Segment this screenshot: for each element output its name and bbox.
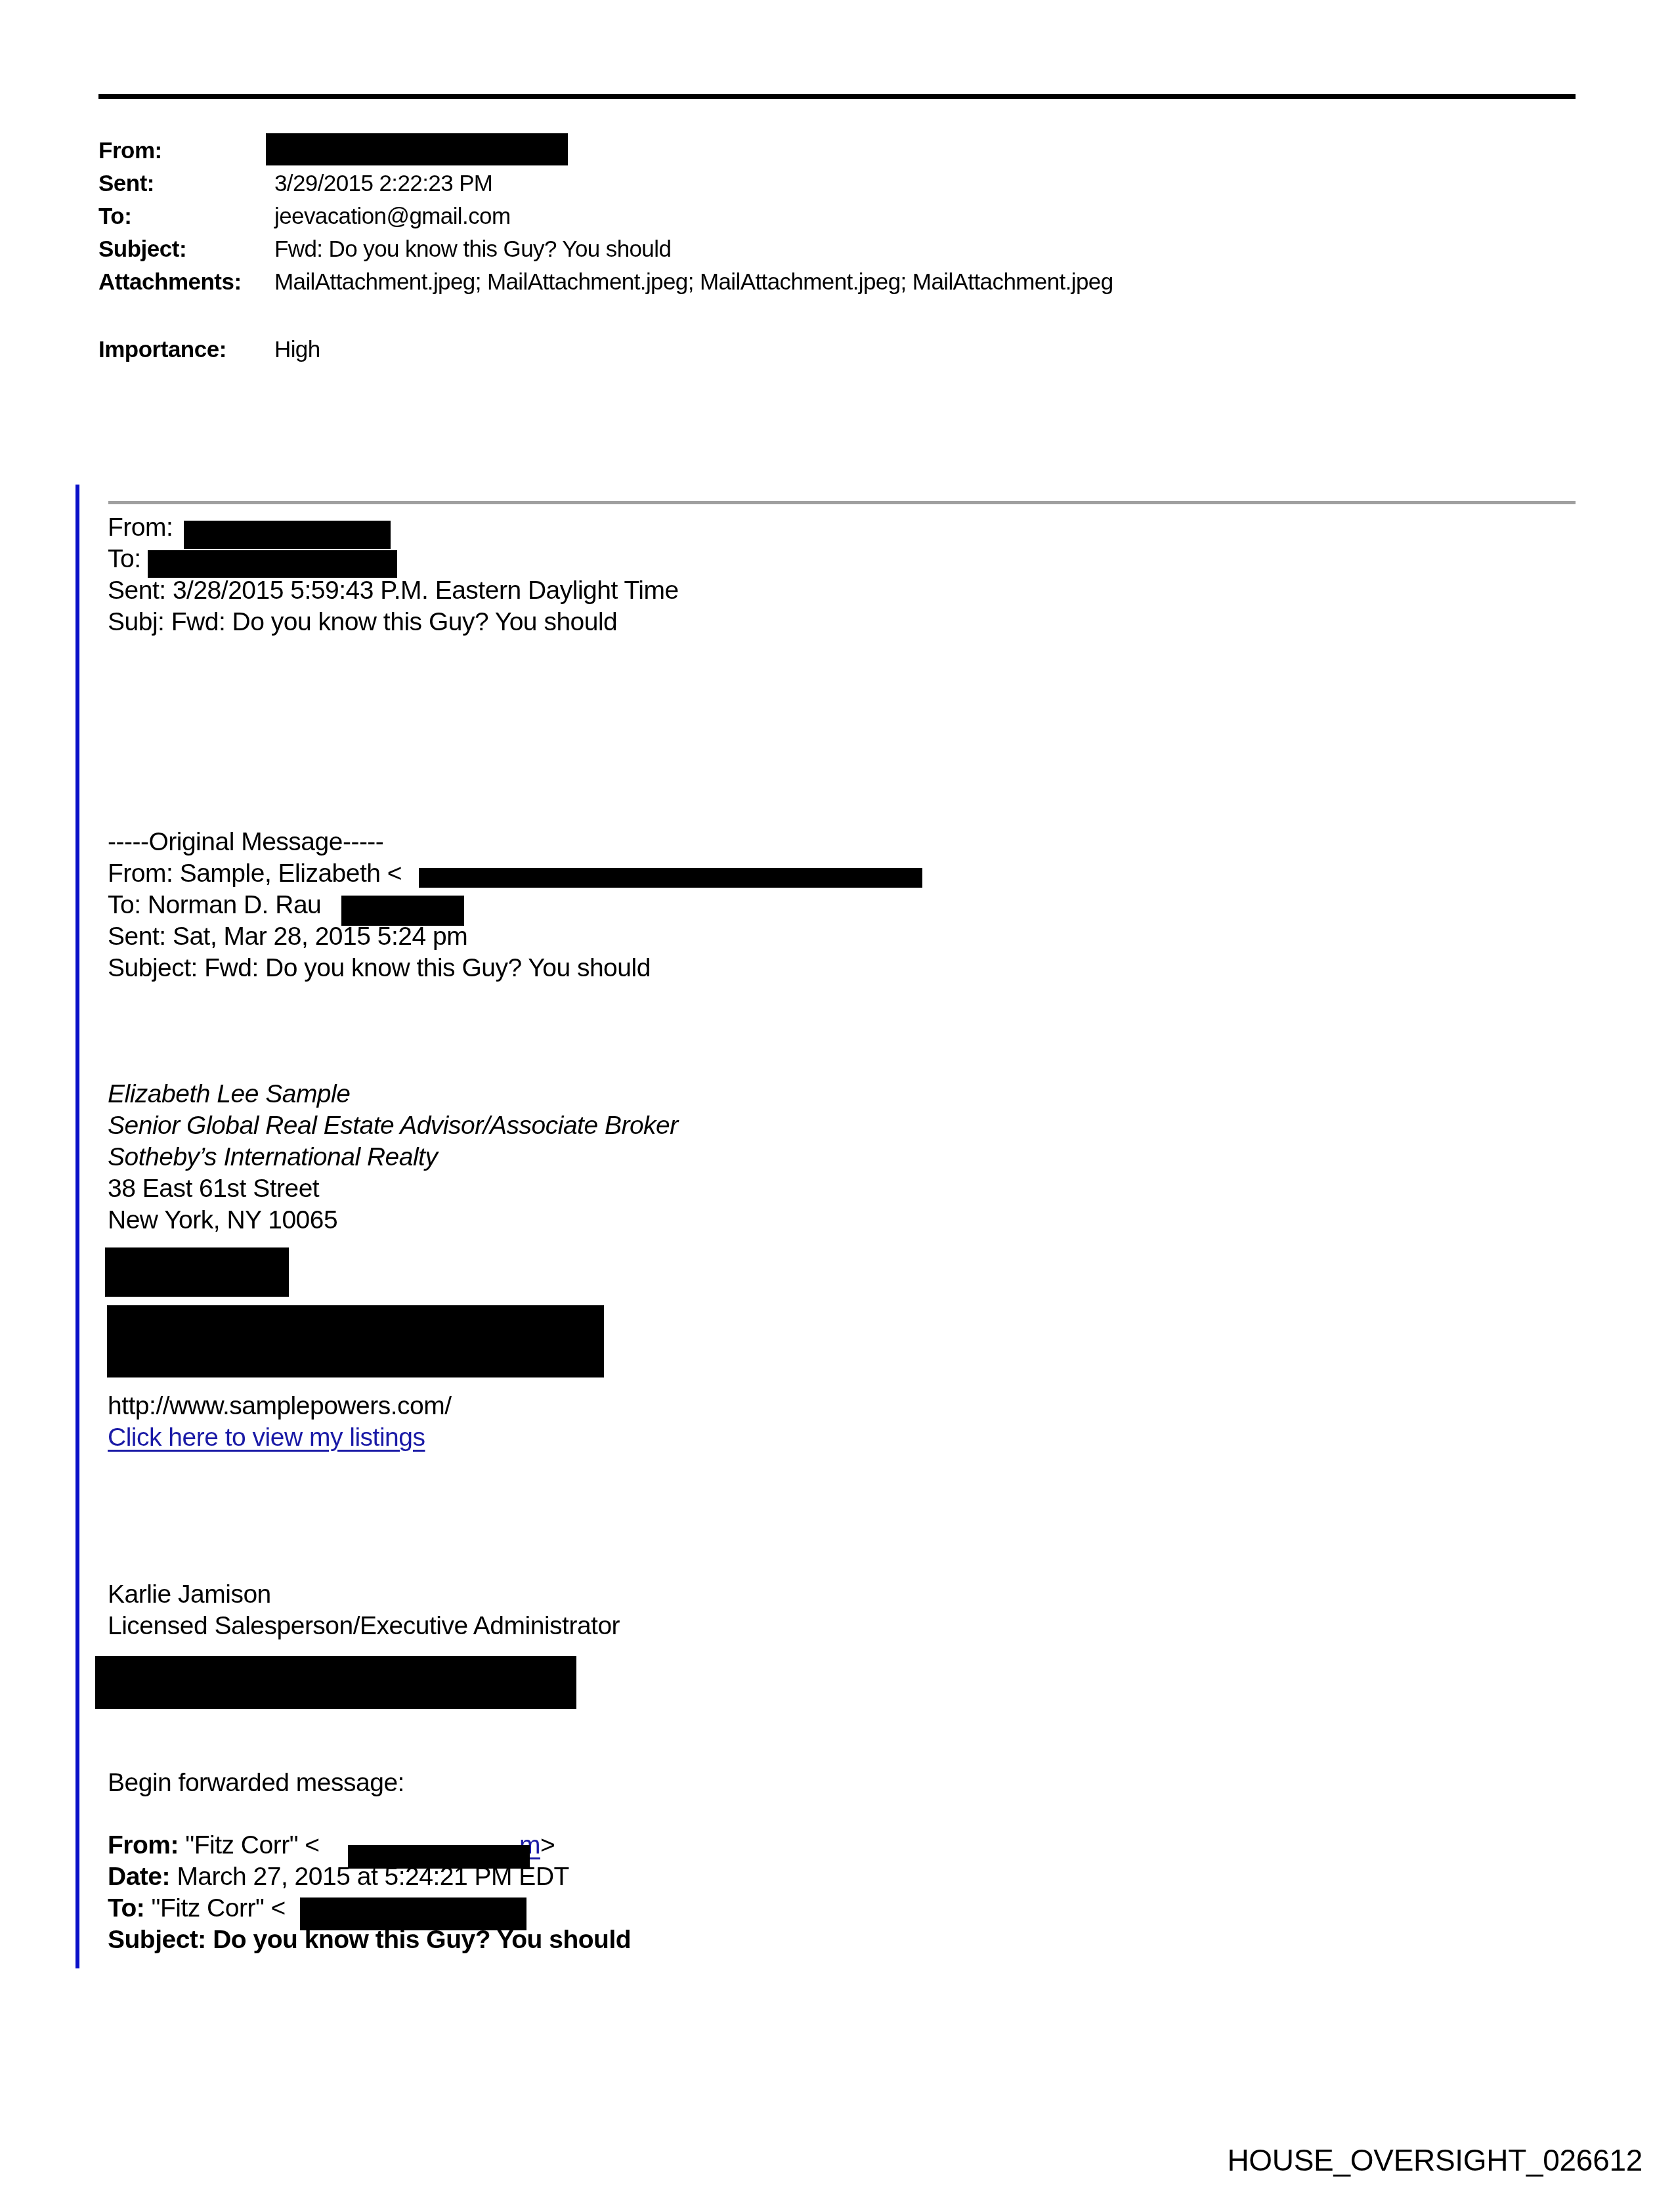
signature-title: Senior Global Real Estate Advisor/Associ… xyxy=(108,1110,678,1142)
to-value: jeevacation@gmail.com xyxy=(274,200,510,233)
forwarded-to-value: "Fitz Corr" < xyxy=(152,1894,286,1922)
forwarded-date-label: Date: xyxy=(108,1863,170,1891)
from-label: From: xyxy=(98,135,162,167)
redacted-fwd1-to xyxy=(148,550,397,578)
subject-label: Subject: xyxy=(98,233,186,266)
forwarded-intro: Begin forwarded message: xyxy=(108,1767,404,1799)
attachments-value: MailAttachment.jpeg; MailAttachment.jpeg… xyxy=(274,266,1113,299)
signature-website: http://www.samplepowers.com/ xyxy=(108,1391,452,1422)
signature-address-street: 38 East 61st Street xyxy=(108,1173,319,1205)
quote-separator-rule xyxy=(108,501,1576,504)
fwd1-subject-line: Subj: Fwd: Do you know this Guy? You sho… xyxy=(108,607,617,638)
forwarded-to-line: To: "Fitz Corr" < xyxy=(108,1893,286,1924)
subject-value: Fwd: Do you know this Guy? You should xyxy=(274,233,671,266)
redacted-from-sender xyxy=(266,133,568,165)
document-page: From: Sent: 3/29/2015 2:22:23 PM To: jee… xyxy=(0,0,1674,2212)
to-label: To: xyxy=(98,200,131,233)
forwarded-date-value: March 27, 2015 at 5:24:21 PM EDT xyxy=(177,1863,569,1891)
redacted-signature-phone xyxy=(105,1247,289,1297)
fwd1-sent-line: Sent: 3/28/2015 5:59:43 P.M. Eastern Day… xyxy=(108,575,679,607)
forwarded-from-line: From: "Fitz Corr" < xyxy=(108,1830,320,1861)
forwarded-from-close: > xyxy=(540,1830,555,1861)
signature-company: Sotheby’s International Realty xyxy=(108,1142,437,1173)
redacted-original-from-email xyxy=(419,868,922,888)
sent-value: 3/29/2015 2:22:23 PM xyxy=(274,167,492,200)
attachments-label: Attachments: xyxy=(98,266,242,299)
fwd1-from-label: From: xyxy=(108,512,173,544)
original-sent-line: Sent: Sat, Mar 28, 2015 5:24 pm xyxy=(108,921,467,953)
bates-number: HOUSE_OVERSIGHT_026612 xyxy=(1227,2142,1642,2178)
signature-name: Elizabeth Lee Sample xyxy=(108,1079,350,1110)
importance-value: High xyxy=(274,334,320,366)
redacted-fwd1-from xyxy=(184,521,391,549)
sent-label: Sent: xyxy=(98,167,154,200)
fwd1-to-label: To: xyxy=(108,544,141,575)
forwarded-subject-value: Do you know this Guy? You should xyxy=(213,1926,631,1954)
original-message-separator: -----Original Message----- xyxy=(108,827,383,858)
forwarded-from-value: "Fitz Corr" < xyxy=(185,1831,319,1859)
original-subject-line: Subject: Fwd: Do you know this Guy? You … xyxy=(108,953,651,984)
forwarded-date-line: Date: March 27, 2015 at 5:24:21 PM EDT xyxy=(108,1861,569,1893)
original-from-line: From: Sample, Elizabeth < xyxy=(108,858,402,890)
forwarded-subject-line: Subject: Do you know this Guy? You shoul… xyxy=(108,1924,631,1956)
forwarded-subject-label: Subject: xyxy=(108,1926,206,1954)
assistant-name: Karlie Jamison xyxy=(108,1579,271,1611)
view-listings-link[interactable]: Click here to view my listings xyxy=(108,1422,425,1454)
importance-label: Importance: xyxy=(98,334,226,366)
forwarded-from-label: From: xyxy=(108,1831,179,1859)
assistant-title: Licensed Salesperson/Executive Administr… xyxy=(108,1611,620,1642)
forwarded-to-label: To: xyxy=(108,1894,144,1922)
redacted-signature-contact xyxy=(107,1305,604,1377)
header-top-rule xyxy=(98,94,1576,99)
redacted-assistant-contact xyxy=(95,1656,576,1709)
original-to-line: To: Norman D. Rau xyxy=(108,890,321,921)
quote-bar xyxy=(75,485,79,1968)
signature-address-city: New York, NY 10065 xyxy=(108,1205,337,1236)
